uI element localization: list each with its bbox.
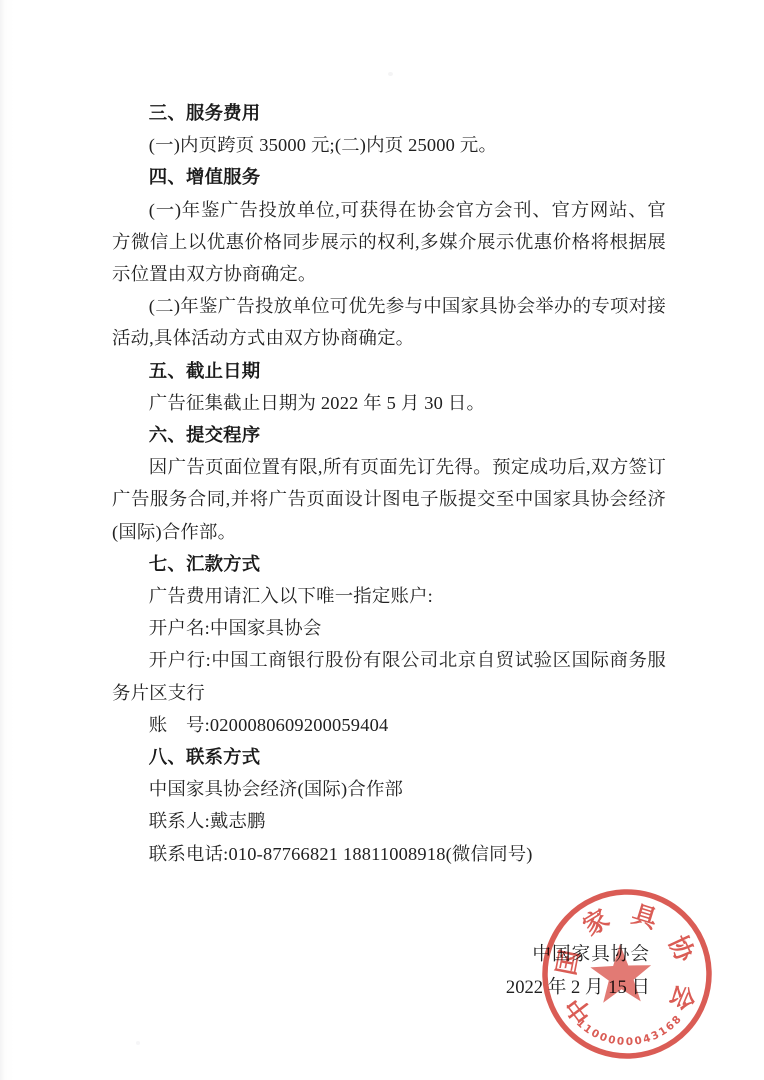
scanned-document-page: 三、服务费用 (一)内页跨页 35000 元;(二)内页 25000 元。 四、… (0, 0, 764, 1080)
section-heading: 三、服务费用 (112, 97, 666, 129)
section-heading: 四、增值服务 (112, 161, 666, 193)
paragraph: 因广告页面位置有限,所有页面先订先得。预定成功后,双方签订广告服务合同,并将广告… (112, 451, 666, 548)
svg-text:0: 0 (616, 1035, 624, 1048)
paragraph: (一)年鉴广告投放单位,可获得在协会官方会刊、官方网站、官方微信上以优惠价格同步… (112, 194, 666, 291)
svg-text:协: 协 (663, 932, 699, 967)
paragraph: (二)年鉴广告投放单位可优先参与中国家具协会举办的专项对接活动,具体活动方式由双… (112, 290, 666, 354)
seal-star-icon (590, 943, 653, 1003)
paragraph: 开户名:中国家具协会 (112, 612, 666, 644)
official-seal: 中国家具协会 1100000043168 (534, 881, 720, 1067)
svg-text:具: 具 (628, 900, 661, 934)
section-heading: 五、截止日期 (112, 355, 666, 387)
scan-speck (136, 1041, 140, 1045)
svg-text:国: 国 (552, 948, 584, 978)
paragraph: 广告费用请汇入以下唯一指定账户: (112, 580, 666, 612)
paragraph: (一)内页跨页 35000 元;(二)内页 25000 元。 (112, 129, 666, 161)
svg-text:家: 家 (578, 905, 614, 942)
section-heading: 八、联系方式 (112, 741, 666, 773)
scan-speck (388, 72, 393, 76)
paragraph: 中国家具协会经济(国际)合作部 (112, 773, 666, 805)
paragraph: 联系人:戴志鹏 (112, 805, 666, 837)
paragraph: 开户行:中国工商银行股份有限公司北京自贸试验区国际商务服务片区支行 (112, 644, 666, 708)
svg-text:0: 0 (607, 1034, 617, 1047)
paragraph: 账 号:0200080609200059404 (112, 709, 666, 741)
section-heading: 六、提交程序 (112, 419, 666, 451)
paragraph: 联系电话:010-87766821 18811008918(微信同号) (112, 838, 666, 870)
section-heading: 七、汇款方式 (112, 548, 666, 580)
paragraph: 广告征集截止日期为 2022 年 5 月 30 日。 (112, 387, 666, 419)
document-body: 三、服务费用 (一)内页跨页 35000 元;(二)内页 25000 元。 四、… (112, 97, 666, 870)
svg-text:0: 0 (626, 1036, 634, 1048)
svg-text:会: 会 (664, 980, 700, 1014)
